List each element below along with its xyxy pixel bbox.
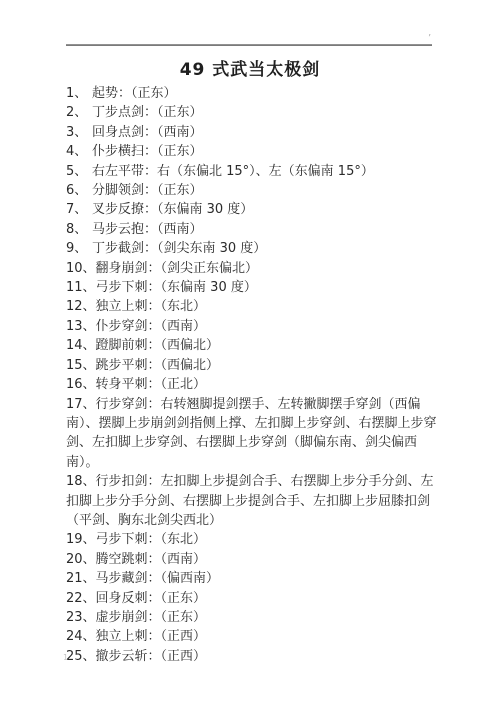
list-item: 21、马步藏剑：（偏西南） [66,569,442,588]
item-number: 15、 [66,356,96,375]
item-text: 虚步崩剑：（正东） [96,610,207,625]
item-number: 6、 [66,181,92,200]
list-item: 7、叉步反撩：（东偏南 30 度） [66,200,442,219]
item-number: 20、 [66,550,96,569]
list-item: 22、回身反刺：（正东） [66,589,442,608]
item-text: 翻身崩剑：（剑尖正东偏北） [96,261,259,276]
list-item: 9、丁步截剑：（剑尖东南 30 度） [66,239,442,258]
list-item: 1、起势：（正东） [66,84,442,103]
item-text: 行步扣剑：左扣脚上步提剑合手、右摆脚上步分手分剑、左扣脚上步分手分剑、右摆脚上步… [66,474,434,528]
move-list: 1、起势：（正东） 2、丁步点剑：（正东） 3、回身点剑：（西南） 4、仆步横扫… [66,84,442,666]
list-item: 25、撤步云斩：（正西） [66,647,442,666]
header-divider-line [66,44,432,46]
item-number: 18、 [66,472,96,491]
list-item: 12、独立上刺：（东北） [66,297,442,316]
item-text: 仆步穿剑：（西南） [96,319,207,334]
item-text: 回身点剑：（西南） [92,125,203,140]
item-number: 24、 [66,627,96,646]
page-title: 49 式武当太极剑 [0,55,500,80]
item-number: 14、 [66,336,96,355]
item-text: 马步云抱：（西南） [92,222,203,237]
item-number: 4、 [66,142,92,161]
list-item: 16、转身平刺：（正北） [66,375,442,394]
item-number: 23、 [66,608,96,627]
item-text: 跳步平刺：（西偏北） [96,358,220,373]
item-number: 11、 [66,278,96,297]
item-number: 9、 [66,239,92,258]
item-number: 8、 [66,220,92,239]
list-item: 3、回身点剑：（西南） [66,123,442,142]
list-item: 4、仆步横扫：（正东） [66,142,442,161]
list-item: 8、马步云抱：（西南） [66,220,442,239]
item-number: 2、 [66,103,92,122]
item-text: 丁步截剑：（剑尖东南 30 度） [92,241,266,256]
item-text: 丁步点剑：（正东） [92,105,203,120]
corner-artifact-mark: ’ [428,33,431,44]
item-text: 蹬脚前刺：（西偏北） [96,338,220,353]
item-text: 撤步云斩：（正西） [96,649,207,664]
item-text: 转身平刺：（正北） [96,377,207,392]
item-text: 腾空跳刺：（西南） [96,552,207,567]
item-text: 独立上刺：（正西） [96,629,207,644]
list-item: 24、独立上刺：（正西） [66,627,442,646]
list-item: 13、仆步穿剑：（西南） [66,317,442,336]
list-item: 6、分脚领剑：（正东） [66,181,442,200]
item-number: 22、 [66,589,96,608]
item-text: 仆步横扫：（正东） [92,144,203,159]
item-number: 3、 [66,123,92,142]
item-text: 弓步下刺：（东北） [96,532,207,547]
item-text: 行步穿剑：右转翘脚提剑摆手、左转撇脚摆手穿剑（西偏南）、摆脚上步崩剑剑指侧上撑、… [66,397,437,470]
item-number: 12、 [66,297,96,316]
list-item: 15、跳步平刺：（西偏北） [66,356,442,375]
list-item: 20、腾空跳刺：（西南） [66,550,442,569]
list-item: 18、行步扣剑：左扣脚上步提剑合手、右摆脚上步分手分剑、左扣脚上步分手分剑、右摆… [66,472,442,530]
item-text: 独立上刺：（东北） [96,299,207,314]
item-number: 1、 [66,84,92,103]
item-number: 16、 [66,375,96,394]
item-number: 21、 [66,569,96,588]
item-number: 19、 [66,530,96,549]
list-item: 14、蹬脚前刺：（西偏北） [66,336,442,355]
item-number: 10、 [66,259,96,278]
item-text: 分脚领剑：（正东） [92,183,203,198]
document-page: ’ 49 式武当太极剑 1、起势：（正东） 2、丁步点剑：（正东） 3、回身点剑… [0,0,500,708]
footer-page-mark: 1 . [63,653,79,662]
item-text: 弓步下刺：（东偏南 30 度） [96,280,257,295]
list-item: 19、弓步下刺：（东北） [66,530,442,549]
item-text: 起势：（正东） [92,86,177,101]
list-item: 17、行步穿剑：右转翘脚提剑摆手、左转撇脚摆手穿剑（西偏南）、摆脚上步崩剑剑指侧… [66,395,442,473]
item-text: 马步藏剑：（偏西南） [96,571,220,586]
item-number: 13、 [66,317,96,336]
list-item: 2、丁步点剑：（正东） [66,103,442,122]
item-number: 17、 [66,395,96,414]
list-item: 11、弓步下刺：（东偏南 30 度） [66,278,442,297]
list-item: 5、右左平带：右（东偏北 15°）、左（东偏南 15°） [66,162,442,181]
item-number: 7、 [66,200,92,219]
item-text: 叉步反撩：（东偏南 30 度） [92,202,253,217]
item-text: 回身反刺：（正东） [96,591,207,606]
list-item: 10、翻身崩剑：（剑尖正东偏北） [66,259,442,278]
item-number: 5、 [66,162,92,181]
item-text: 右左平带：右（东偏北 15°）、左（东偏南 15°） [92,164,374,179]
list-item: 23、虚步崩剑：（正东） [66,608,442,627]
